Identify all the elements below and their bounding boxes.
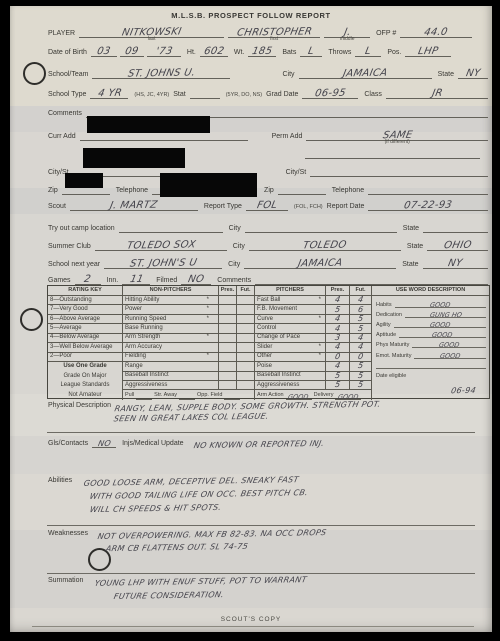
tryout-city-field	[245, 219, 397, 233]
rating-key-7: 7—Very Good	[48, 305, 123, 314]
dedication-label: Dedication	[376, 312, 402, 318]
bats-value: L	[307, 47, 315, 57]
dob-day-field: 09	[120, 43, 144, 57]
wt-label: Wt.	[234, 49, 245, 57]
arm-action-row: Arm Action GOOD Delivery GOOD	[255, 390, 372, 399]
filmed-label: Filmed	[156, 277, 177, 285]
p-name: Aggressiveness	[257, 381, 299, 390]
dob-month-value: 03	[96, 47, 111, 57]
school-next-state-label: State	[402, 261, 418, 269]
grade-value: 5	[325, 381, 349, 389]
grade-value: 6	[349, 306, 371, 314]
np-star: *	[207, 333, 209, 342]
filmed-value: NO	[187, 275, 205, 285]
p-fast-ball: Fast Ball*	[255, 296, 326, 305]
date-eligible-value: 06-94	[450, 387, 476, 395]
school-team-state-label: State	[438, 71, 454, 79]
p-curve-pres: 4	[326, 315, 350, 324]
p-control: Control	[255, 324, 326, 333]
city-st-right-field	[310, 163, 488, 177]
school-type-value: 4 YR	[96, 89, 122, 99]
weaknesses-line1: NOT OVERPOWERING. MAX FB 82-83. NA OCC D…	[97, 529, 327, 541]
report-type-label: Report Type	[204, 203, 242, 211]
p-star: *	[319, 296, 321, 305]
physical-description-block: Physical Description RANGY, LEAN, SUPPLE…	[48, 402, 484, 422]
emot-maturity-label: Emot. Maturity	[376, 353, 411, 359]
pitchers-header: PITCHERS	[255, 286, 326, 296]
redaction-zip	[65, 173, 103, 188]
school-next-value: ST. JOHN'S U	[129, 258, 198, 269]
grade-value: 5	[325, 306, 349, 314]
redaction-city-st	[83, 148, 185, 168]
zip-right-label: Zip	[264, 187, 274, 195]
date-eligible-value-wrap: 06-94	[376, 387, 486, 397]
rating-key-league-standards: League Standards	[48, 381, 123, 390]
use-word-aptitude: Aptitude GOOD	[376, 328, 486, 338]
tryout-row: Try out camp location City State	[48, 220, 488, 233]
emot-maturity-value: GOOD	[439, 353, 461, 359]
report-type-hint: (FOL, FCH)	[294, 204, 323, 211]
ofp-label: OFP #	[376, 30, 396, 38]
rating-key-5: 5—Average	[48, 324, 123, 333]
school-type-hint-a: (HS, JC, 4YR)	[134, 92, 169, 99]
school-next-row: School next year ST. JOHN'S U City JAMAI…	[48, 256, 488, 269]
opp-field-field	[224, 391, 240, 400]
habits-label: Habits	[376, 302, 392, 308]
p-star: *	[319, 352, 321, 361]
np-name: Fielding	[125, 352, 146, 361]
rating-key-not-amateur: Not Amateur	[48, 390, 123, 399]
report-type-field: FOL	[246, 197, 288, 211]
school-team-label: School/Team	[48, 71, 88, 79]
player-first-field: CHRISTOPHER first	[228, 24, 320, 38]
summer-city-label: City	[233, 243, 245, 251]
np-name: Arm Accuracy	[125, 343, 162, 352]
player-first-hint: first	[270, 37, 278, 42]
grade-value: 4	[349, 343, 371, 351]
summer-state-value: OHIO	[443, 241, 472, 251]
str-away-label: Str. Away	[154, 391, 177, 400]
np-arm-strength: Arm Strength*	[123, 334, 219, 343]
spray-row: Pull Str. Away Opp. Field	[123, 390, 255, 399]
p-name: Poise	[257, 362, 272, 371]
p-name: Change of Pace	[257, 333, 300, 342]
rating-key-grade-on-major: Grade On Major	[48, 372, 123, 381]
dob-year-field: '73	[147, 43, 181, 57]
phys-maturity-field: GOOD	[412, 342, 486, 348]
phys-maturity-value: GOOD	[438, 342, 460, 348]
aptitude-label: Aptitude	[376, 332, 396, 338]
inn-field: 11	[122, 271, 150, 285]
emot-maturity-field: GOOD	[414, 353, 486, 359]
grade-value: 5	[325, 372, 349, 380]
divider-after-physical	[47, 432, 475, 433]
scout-name-field: J. MARTZ	[70, 197, 198, 211]
gls-contacts-value: NO	[97, 440, 111, 448]
grade-value: 0	[349, 353, 371, 361]
p-curve-fut: 5	[350, 315, 372, 324]
pull-label: Pull	[125, 391, 134, 400]
np-name: Base Running	[125, 324, 163, 333]
np-star: *	[207, 315, 209, 324]
gls-contacts-label: Gls/Contacts	[48, 440, 88, 448]
games-comments-field	[255, 271, 488, 285]
dob-day-value: 09	[124, 47, 139, 57]
perm-add-field: SAME (if different)	[306, 127, 488, 141]
school-team-value: ST. JOHNS U.	[127, 68, 196, 79]
school-next-city-value: JAMAICA	[297, 259, 343, 270]
abilities-label: Abilities	[48, 477, 72, 485]
player-last-field: NITKOWSKI last	[79, 24, 224, 38]
zip-right-field	[278, 181, 326, 195]
np-star: *	[207, 305, 209, 314]
bats-field: L	[300, 43, 322, 57]
p-name: Curve	[257, 315, 273, 324]
grad-date-label: Grad Date	[266, 91, 298, 99]
np-power: Power*	[123, 305, 219, 314]
np-baseball-instinct: Baseball Instinct	[123, 372, 219, 381]
school-next-city-field: JAMAICA	[244, 255, 396, 269]
school-type-label: School Type	[48, 91, 86, 99]
rating-key-3: 3—Well Below Average	[48, 343, 123, 352]
pos-field: LHP	[405, 43, 451, 57]
dob-label: Date of Birth	[48, 49, 87, 57]
school-team-city-value: JAMAICA	[342, 69, 388, 80]
fut-header-1: Fut.	[237, 286, 255, 296]
delivery-label: Delivery	[314, 391, 334, 400]
perm-add-line2	[305, 146, 480, 159]
rating-key-2: 2—Poor	[48, 353, 123, 362]
abilities-block: Abilities GOOD LOOSE ARM, DECEPTIVE DEL.…	[48, 477, 484, 513]
grade-value: 0	[325, 353, 349, 361]
punch-hole-middle	[20, 308, 43, 331]
grade-value: 4	[325, 296, 349, 304]
games-label: Games	[48, 277, 71, 285]
arm-action-label: Arm Action	[257, 391, 284, 400]
footer-line	[32, 626, 474, 627]
use-word-header: USE WORD DESCRIPTION	[372, 286, 489, 296]
wt-field: 185	[248, 43, 276, 57]
abilities-line1: GOOD LOOSE ARM, DECEPTIVE DEL. SNEAKY FA…	[83, 476, 300, 488]
scanned-form-paper: M.L.S.B. PROSPECT FOLLOW REPORT PLAYER N…	[10, 6, 492, 632]
report-type-value: FOL	[256, 201, 278, 211]
p-aggressiveness-pres: 5	[326, 381, 350, 390]
gls-contacts-field: NO	[92, 435, 116, 448]
school-next-label: School next year	[48, 261, 100, 269]
p-star: *	[319, 343, 321, 352]
p-name: Fast Ball	[257, 296, 280, 305]
summer-state-label: State	[407, 243, 423, 251]
np-arm-accuracy: Arm Accuracy	[123, 343, 219, 352]
grade-value: 4	[349, 334, 371, 342]
player-last-hint: last	[148, 37, 156, 42]
use-word-habits: Habits GOOD	[376, 298, 486, 308]
school-team-row: School/Team ST. JOHNS U. City JAMAICA St…	[48, 66, 488, 79]
school-team-state-value: NY	[465, 69, 481, 79]
opp-field-label: Opp. Field	[197, 391, 222, 400]
p-aggressiveness: Aggressiveness	[255, 381, 326, 390]
dedication-value: GUNG HO	[429, 312, 462, 318]
scout-name-value: J. MARTZ	[109, 201, 158, 212]
player-middle-hint: middle	[340, 37, 355, 42]
grade-value: 5	[349, 315, 371, 323]
np-aggressiveness: Aggressiveness	[123, 381, 219, 390]
rating-table: RATING KEY NON-PITCHERS Pres. Fut. PITCH…	[47, 285, 490, 399]
arm-action-value: GOOD	[288, 394, 310, 400]
medical-row: Gls/Contacts NO Injs/Medical Update NO K…	[48, 436, 488, 448]
scout-row: Scout J. MARTZ Report Type FOL (FOL, FCH…	[48, 198, 488, 211]
weaknesses-block: Weaknesses NOT OVERPOWERING. MAX FB 82-8…	[48, 530, 484, 552]
phone-left-label: Telephone	[116, 187, 148, 195]
divider-before-summation	[47, 573, 475, 574]
date-eligible-line: Date eligible	[376, 369, 486, 379]
stat-label: Stat	[173, 91, 185, 99]
player-middle-field: J. middle	[324, 24, 370, 38]
aptitude-value: GOOD	[432, 332, 454, 338]
summation-block: Summation YOUNG LHP WITH ENUF STUFF, POT…	[48, 577, 484, 600]
rating-key-header: RATING KEY	[48, 286, 123, 296]
date-eligible-label: Date eligible	[376, 373, 406, 379]
tryout-state-field	[423, 219, 488, 233]
player-row: PLAYER NITKOWSKI last CHRISTOPHER first …	[48, 25, 488, 38]
school-team-city-label: City	[282, 71, 294, 79]
np-name: Range	[125, 362, 143, 371]
rating-key-use-one-grade: Use One Grade	[48, 362, 123, 371]
footer-text: SCOUT'S COPY	[10, 616, 492, 623]
summation-label: Summation	[48, 577, 83, 585]
pos-label: Pos.	[387, 49, 401, 57]
p-slider: Slider*	[255, 343, 326, 352]
physical-line2: SEEN IN GREAT LAKES COL LEAGUE.	[113, 413, 270, 424]
use-word-emot-maturity: Emot. Maturity GOOD	[376, 348, 486, 358]
pull-field	[136, 391, 152, 400]
school-team-city-field: JAMAICA	[299, 65, 432, 79]
school-next-state-field: NY	[423, 255, 488, 269]
school-team-state-field: NY	[458, 65, 488, 79]
grade-value: 5	[349, 362, 371, 370]
p-name: F.B. Movement	[257, 305, 297, 314]
tryout-state-label: State	[403, 225, 419, 233]
p-name: Other	[257, 352, 272, 361]
filmed-field: NO	[181, 271, 211, 285]
summer-club-row: Summer Club TOLEDO SOX City TOLEDO State…	[48, 238, 488, 251]
p-name: Control	[257, 324, 276, 333]
redaction-telephone	[160, 173, 257, 197]
class-value: JR	[431, 89, 443, 99]
habits-field: GOOD	[395, 302, 486, 308]
use-word-panel: Habits GOOD Dedication GUNG HO Agility G…	[372, 296, 489, 400]
throws-field: L	[355, 43, 381, 57]
delivery-field: GOOD	[335, 391, 361, 400]
tryout-field	[119, 219, 223, 233]
p-aggressiveness-fut: 5	[350, 381, 372, 390]
np-name: Baseball Instinct	[125, 371, 169, 380]
ht-label: Ht.	[187, 49, 196, 57]
non-pitchers-header: NON-PITCHERS	[123, 286, 219, 296]
physical-label: Physical Description	[48, 402, 111, 410]
summer-club-field: TOLEDO SOX	[95, 237, 227, 251]
curr-add-label: Curr Add	[48, 133, 76, 141]
injs-label: Injs/Medical Update	[122, 440, 183, 448]
summer-city-field: TOLEDO	[249, 237, 401, 251]
form-title: M.L.S.B. PROSPECT FOLLOW REPORT	[10, 11, 492, 20]
inn-value: 11	[129, 275, 144, 285]
ofp-value: 44.0	[423, 28, 449, 38]
throws-value: L	[364, 47, 372, 57]
np-running-speed: Running Speed*	[123, 315, 219, 324]
p-name: Slider	[257, 343, 272, 352]
summer-state-field: OHIO	[427, 237, 488, 251]
rating-key-4: 4—Below Average	[48, 334, 123, 343]
ofp-field: 44.0	[400, 24, 472, 38]
grade-value: 5	[349, 381, 371, 389]
games-field: 2	[75, 271, 101, 285]
ht-field: 602	[200, 43, 228, 57]
inn-label: Inn.	[107, 277, 119, 285]
scout-label: Scout	[48, 203, 66, 211]
report-date-value: 07-22-93	[403, 201, 453, 212]
games-comments-label: Comments	[217, 277, 251, 285]
p-curve: Curve*	[255, 315, 326, 324]
phone-right-field	[368, 181, 488, 195]
p-poise: Poise	[255, 362, 326, 371]
np-star: *	[207, 296, 209, 305]
p-star: *	[319, 315, 321, 324]
np-name: Aggressiveness	[125, 381, 167, 390]
np-base-running: Base Running	[123, 324, 219, 333]
agility-label: Agility	[376, 322, 391, 328]
use-word-agility: Agility GOOD	[376, 318, 486, 328]
abilities-line2: WITH GOOD TAILING LIFE ON OCC. BEST PITC…	[89, 489, 309, 501]
np-name: Hitting Ability	[125, 296, 159, 305]
summer-club-value: TOLEDO SOX	[125, 240, 196, 251]
delivery-value: GOOD	[338, 394, 360, 400]
school-team-field: ST. JOHNS U.	[92, 65, 230, 79]
report-date-label: Report Date	[327, 203, 365, 211]
injs-value: NO KNOWN OR REPORTED INJ.	[193, 440, 325, 450]
p-name: Baseball Instinct	[257, 371, 301, 380]
blank-field	[376, 368, 486, 369]
throws-label: Throws	[328, 49, 351, 57]
class-field: JR	[386, 85, 488, 99]
p-baseball-instinct: Baseball Instinct	[255, 372, 326, 381]
zip-left-label: Zip	[48, 187, 58, 195]
perm-add-line2-field	[305, 145, 480, 159]
grad-date-value: 06-95	[314, 89, 347, 100]
habits-value: GOOD	[430, 302, 452, 308]
weaknesses-label: Weaknesses	[48, 530, 88, 538]
comments-label: Comments	[48, 110, 82, 118]
birth-row: Date of Birth 03 09 '73 Ht. 602 Wt. 185 …	[48, 44, 488, 57]
weaknesses-line2: ARM CB FLATTENS OUT. SL 74-75	[105, 543, 249, 553]
school-type-field: 4 YR	[90, 85, 128, 99]
school-type-hint-b: (5YR, DO, NS)	[226, 92, 262, 99]
school-next-city-label: City	[228, 261, 240, 269]
school-next-field: ST. JOHN'S U	[104, 255, 222, 269]
grade-value: 4	[325, 325, 349, 333]
class-label: Class	[364, 91, 382, 99]
tryout-city-label: City	[229, 225, 241, 233]
np-name: Power	[125, 305, 142, 314]
phys-maturity-label: Phys Maturity	[376, 342, 409, 348]
city-st-right-label: City/St	[286, 169, 307, 177]
np-name: Running Speed	[125, 315, 166, 324]
grade-value: 4	[325, 343, 349, 351]
np-fielding: Fielding*	[123, 353, 219, 362]
use-word-dedication: Dedication GUNG HO	[376, 308, 486, 318]
school-next-state-value: NY	[447, 259, 463, 269]
zip-phone-row: Zip Telephone Zip Telephone	[48, 182, 488, 195]
grade-value: 4	[325, 315, 349, 323]
str-away-field	[179, 391, 195, 400]
grade-value: 3	[325, 334, 349, 342]
dedication-field: GUNG HO	[405, 312, 486, 318]
use-word-blank-line	[376, 359, 486, 369]
summation-line2: FUTURE CONSIDERATION.	[113, 591, 225, 601]
p-fb-movement: F.B. Movement	[255, 305, 326, 314]
pos-value: LHP	[417, 47, 439, 57]
perm-add-label: Perm Add	[272, 133, 303, 141]
redaction-curr-add	[87, 116, 210, 133]
games-row: Games 2 Inn. 11 Filmed NO Comments	[48, 272, 488, 285]
rating-key-6: 6—Above Average	[48, 315, 123, 324]
bats-label: Bats	[282, 49, 296, 57]
grade-value: 4	[325, 362, 349, 370]
p-other: Other*	[255, 353, 326, 362]
pres-header-1: Pres.	[219, 286, 237, 296]
np-range: Range	[123, 362, 219, 371]
grad-date-field: 06-95	[302, 85, 358, 99]
np-star: *	[207, 352, 209, 361]
rating-key-8: 8—Outstanding	[48, 296, 123, 305]
dob-month-field: 03	[91, 43, 117, 57]
summation-line1: YOUNG LHP WITH ENUF STUFF, POT TO WARRAN…	[94, 576, 308, 588]
games-value: 2	[83, 275, 92, 285]
summer-club-label: Summer Club	[48, 243, 91, 251]
ht-value: 602	[203, 47, 225, 57]
agility-value: GOOD	[429, 322, 451, 328]
p-change-of-pace: Change of Pace	[255, 334, 326, 343]
grade-value: 4	[349, 296, 371, 304]
abilities-line3: WILL CH SPEEDS & HIT SPOTS.	[89, 504, 222, 514]
np-name: Arm Strength	[125, 333, 160, 342]
school-type-row: School Type 4 YR (HS, JC, 4YR) Stat (5YR…	[48, 86, 488, 99]
summer-city-value: TOLEDO	[302, 241, 347, 252]
wt-value: 185	[251, 47, 273, 57]
dob-year-value: '73	[155, 47, 173, 57]
grade-value: 5	[349, 372, 371, 380]
phone-right-label: Telephone	[332, 187, 364, 195]
tryout-label: Try out camp location	[48, 225, 115, 233]
report-date-field: 07-22-93	[368, 197, 488, 211]
agility-field: GOOD	[394, 322, 486, 328]
grade-value: 5	[349, 325, 371, 333]
punch-hole-top	[23, 62, 46, 85]
use-word-phys-maturity: Phys Maturity GOOD	[376, 338, 486, 348]
np-hitting-ability: Hitting Ability*	[123, 296, 219, 305]
divider-after-abilities	[47, 525, 475, 526]
player-label: PLAYER	[48, 30, 75, 38]
arm-action-field: GOOD	[286, 391, 312, 400]
aptitude-field: GOOD	[399, 332, 486, 338]
stat-field	[190, 85, 220, 99]
